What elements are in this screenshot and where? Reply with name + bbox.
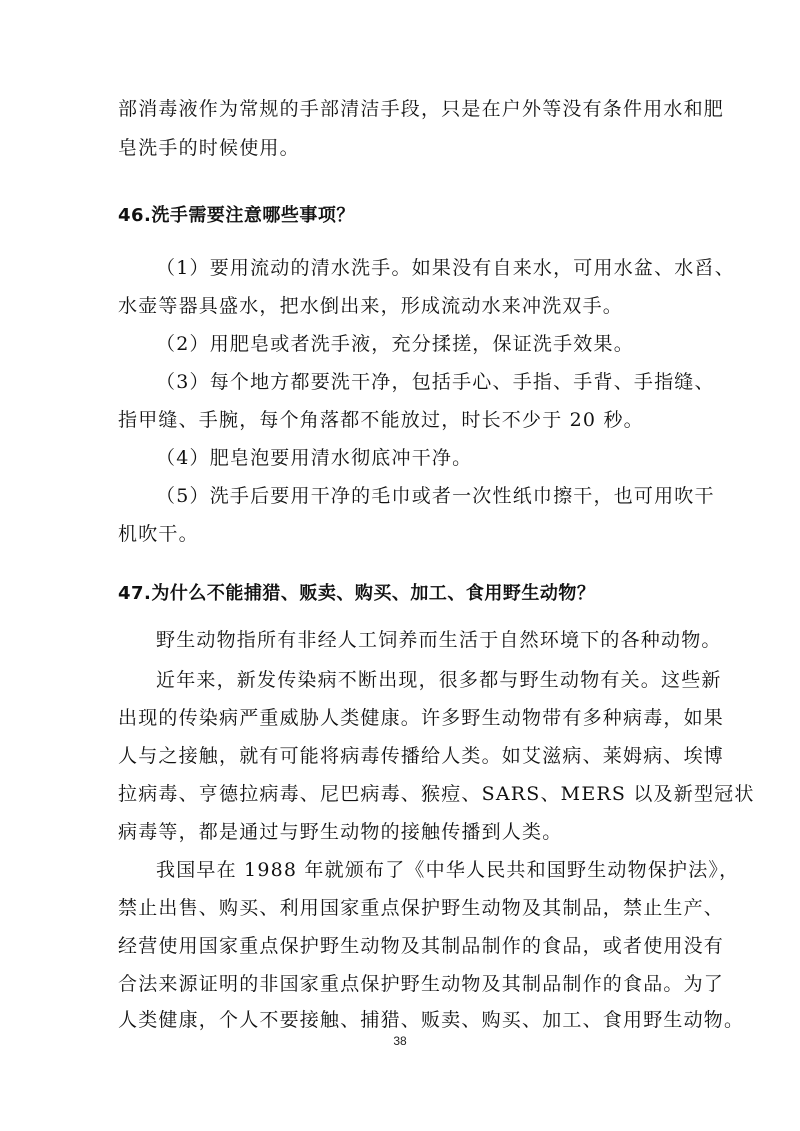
paragraph-line: 我国早在 1988 年就颁布了《中华人民共和国野生动物保护法》， xyxy=(156,858,739,882)
paragraph-line: 合法来源证明的非国家重点保护野生动物及其制品制作的食品。为了 xyxy=(118,972,724,996)
paragraph-line: 近年来，新发传染病不断出现，很多都与野生动物有关。这些新 xyxy=(156,668,722,692)
paragraph-line: （3）每个地方都要洗干净，包括手心、手指、手背、手指缝、 xyxy=(156,370,715,394)
document-page: 部消毒液作为常规的手部清洁手段，只是在户外等没有条件用水和肥 皂洗手的时候使用。… xyxy=(0,0,800,1131)
paragraph-line: （2）用肥皂或者洗手液，充分揉搓，保证洗手效果。 xyxy=(156,332,634,356)
paragraph-line: 出现的传染病严重威胁人类健康。许多野生动物带有多种病毒，如果 xyxy=(118,706,724,730)
intro-line: 部消毒液作为常规的手部清洁手段，只是在户外等没有条件用水和肥 xyxy=(118,97,724,121)
paragraph-line: 禁止出售、购买、利用国家重点保护野生动物及其制品，禁止生产、 xyxy=(118,896,724,920)
intro-line: 皂洗手的时候使用。 xyxy=(118,136,300,160)
paragraph-line: 水壶等器具盛水，把水倒出来，形成流动水来冲洗双手。 xyxy=(118,294,623,318)
paragraph-line: 人类健康，个人不要接触、捕猎、贩卖、购买、加工、食用野生动物。 xyxy=(118,1008,744,1032)
paragraph-line: 病毒等，都是通过与野生动物的接触传播到人类。 xyxy=(118,820,562,844)
paragraph-line: 经营使用国家重点保护野生动物及其制品制作的食品，或者使用没有 xyxy=(118,934,724,958)
paragraph-line: 拉病毒、亨德拉病毒、尼巴病毒、猴痘、SARS、MERS 以及新型冠状 xyxy=(118,782,755,806)
paragraph-line: 指甲缝、手腕，每个角落都不能放过，时长不少于 20 秒。 xyxy=(118,408,644,432)
paragraph-line: 野生动物指所有非经人工饲养而生活于自然环境下的各种动物。 xyxy=(156,628,722,652)
paragraph-line: （4）肥皂泡要用清水彻底冲干净。 xyxy=(156,446,472,470)
paragraph-line: 人与之接触，就有可能将病毒传播给人类。如艾滋病、莱姆病、埃博 xyxy=(118,744,724,768)
paragraph-line: （5）洗手后要用干净的毛巾或者一次性纸巾擦干，也可用吹干 xyxy=(156,484,715,508)
section-heading-46: 46.洗手需要注意哪些事项？ xyxy=(118,204,355,228)
page-number: 38 xyxy=(0,1034,800,1048)
section-heading-47: 47.为什么不能捕猎、贩卖、购买、加工、食用野生动物？ xyxy=(118,582,595,606)
paragraph-line: （1）要用流动的清水洗手。如果没有自来水，可用水盆、水舀、 xyxy=(156,256,735,280)
paragraph-line: 机吹干。 xyxy=(118,522,199,546)
